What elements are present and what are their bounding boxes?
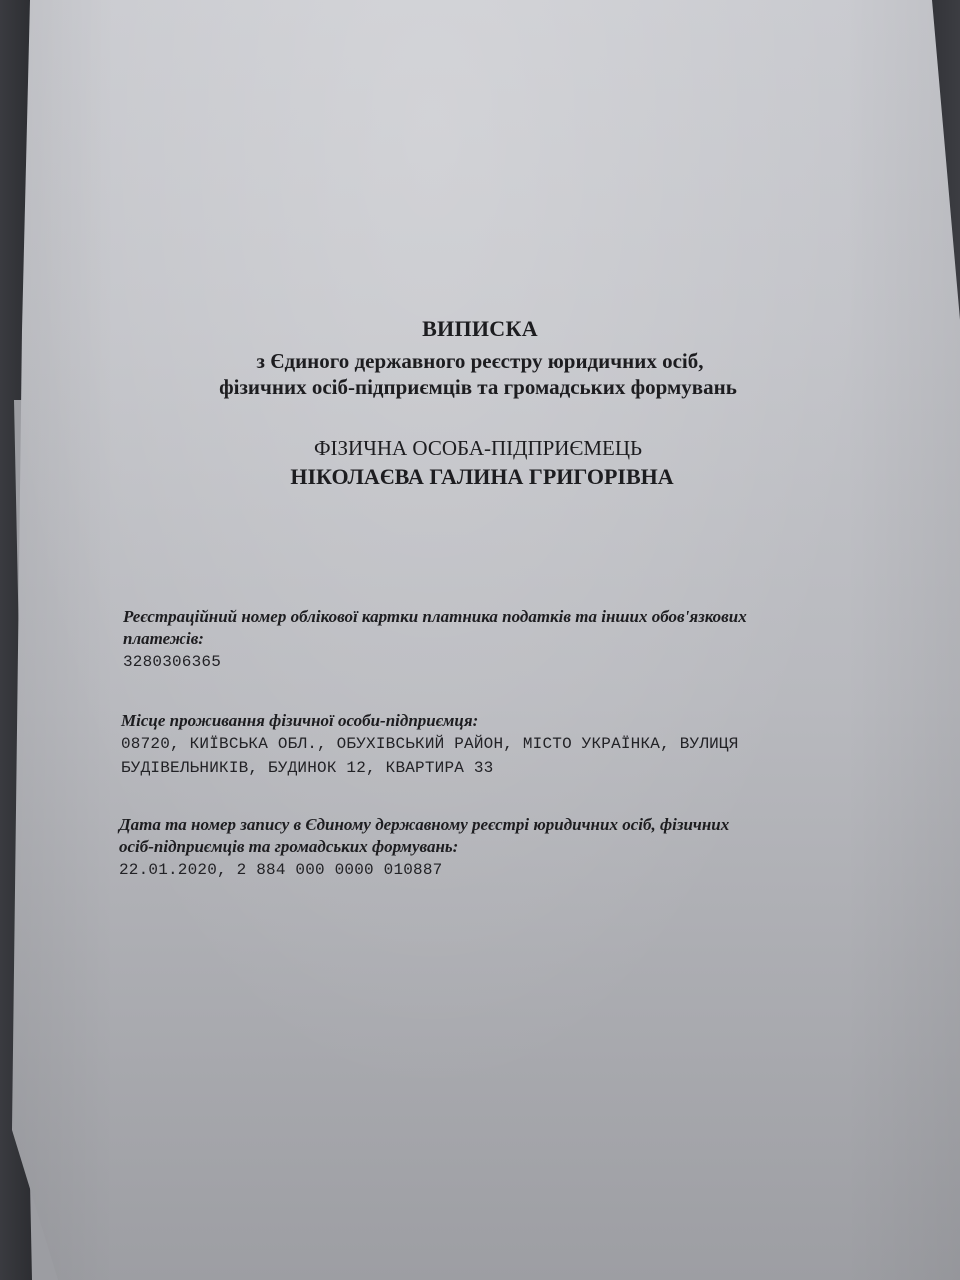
field-label-line: осіб-підприємців та громадських формуван…	[119, 836, 859, 858]
field-label-line: Реєстраційний номер облікової картки пла…	[123, 606, 863, 628]
field-label-line: Місце проживання фізичної особи-підприєм…	[121, 710, 861, 732]
field-value-line: БУДІВЕЛЬНИКІВ, БУДИНОК 12, КВАРТИРА 33	[121, 756, 861, 780]
document-subtitle-line-1: з Єдиного державного реєстру юридичних о…	[0, 348, 960, 374]
field-residence: Місце проживання фізичної особи-підприєм…	[121, 710, 861, 780]
field-label-line: платежів:	[123, 628, 863, 650]
document-subtitle-line-2: фізичних осіб-підприємців та громадських…	[0, 374, 958, 400]
field-tax-number: Реєстраційний номер облікової картки пла…	[123, 606, 863, 674]
field-value-line: 3280306365	[123, 650, 863, 674]
document-content: ВИПИСКА з Єдиного державного реєстру юри…	[0, 0, 960, 1280]
field-value-line: 08720, КИЇВСЬКА ОБЛ., ОБУХІВСЬКИЙ РАЙОН,…	[121, 732, 861, 756]
field-registry-record: Дата та номер запису в Єдиному державном…	[119, 814, 859, 882]
document-title: ВИПИСКА	[0, 316, 960, 342]
entity-type: ФІЗИЧНА ОСОБА-ПІДПРИЄМЕЦЬ	[0, 436, 958, 461]
entity-name: НІКОЛАЄВА ГАЛИНА ГРИГОРІВНА	[2, 464, 960, 490]
field-value-line: 22.01.2020, 2 884 000 0000 010887	[119, 858, 859, 882]
field-label-line: Дата та номер запису в Єдиному державном…	[119, 814, 859, 836]
